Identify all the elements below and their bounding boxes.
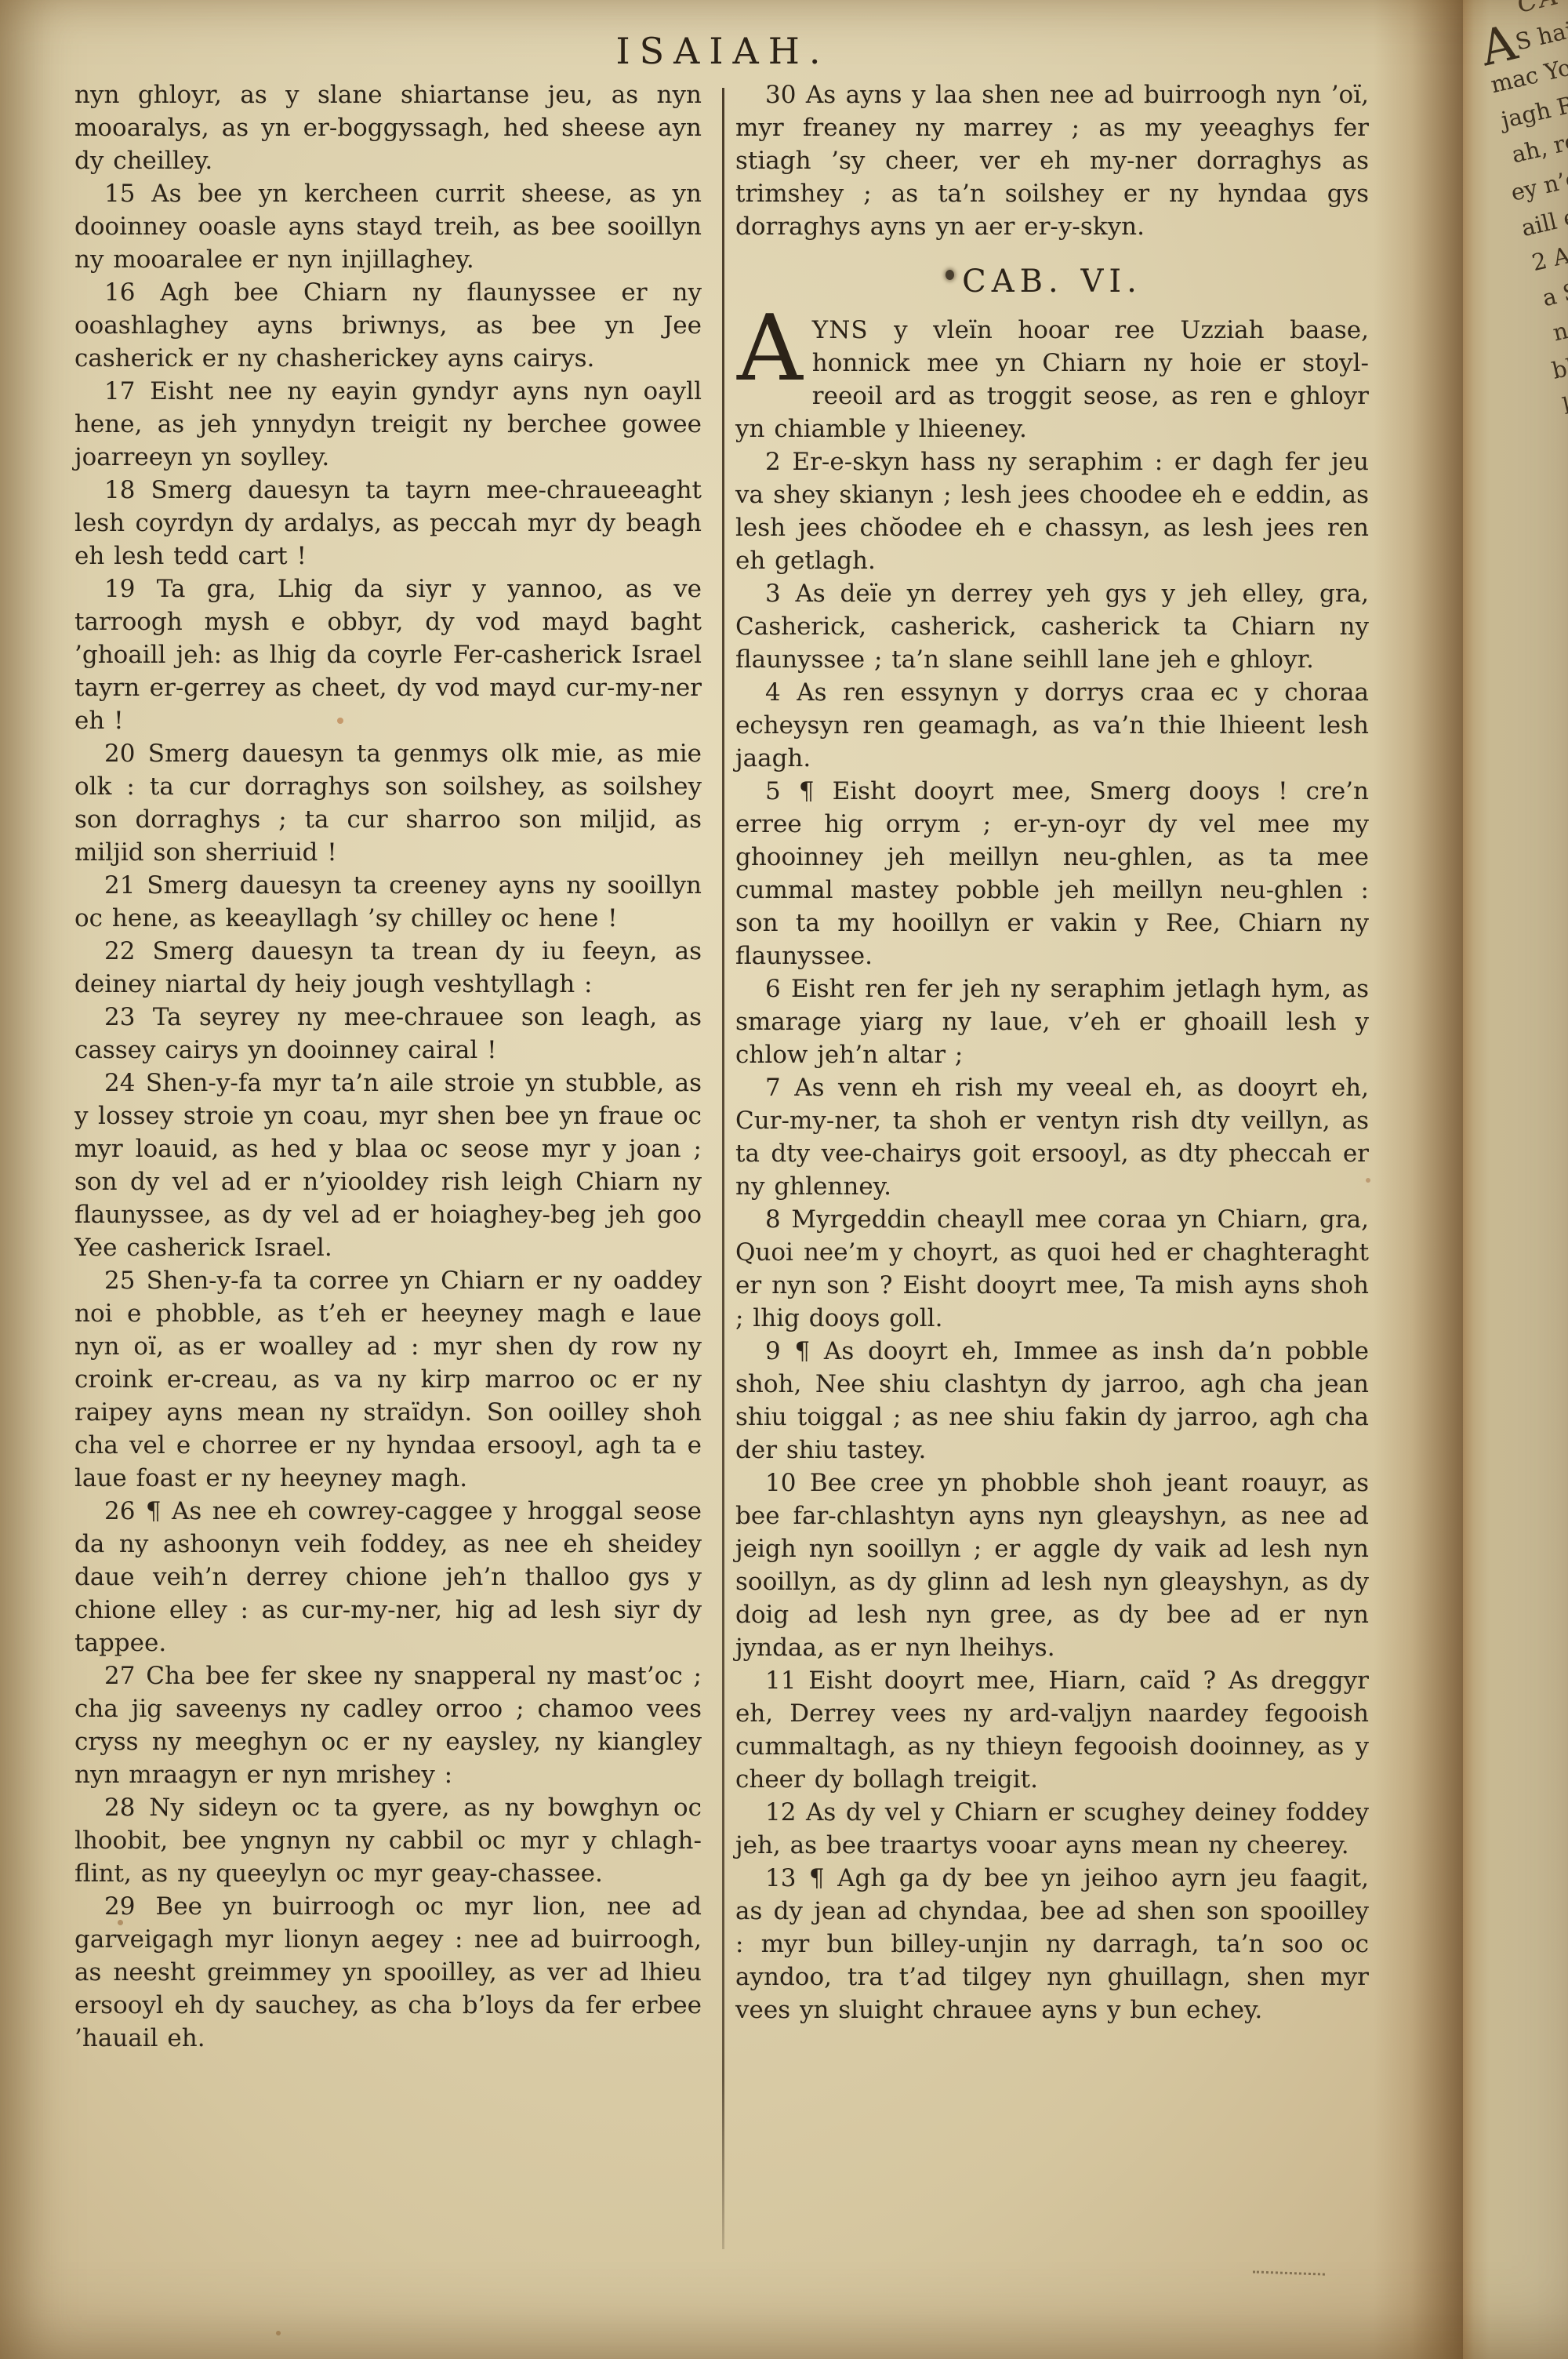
- verse-number: 4: [765, 678, 781, 707]
- verse-6: 6 Eisht ren fer jeh ny seraphim jetlagh …: [735, 972, 1369, 1071]
- verse-number: 3: [765, 580, 781, 608]
- verse-number: 17: [104, 377, 135, 405]
- next-page-text-fragments: CAAS haink eh gymac Yotham, rjagh Rezin …: [1469, 0, 1568, 2311]
- column-divider-rule: [722, 88, 724, 2249]
- verses-after-heading: 2 Er-e-skyn hass ny seraphim : er dagh f…: [735, 445, 1369, 2026]
- verse-22: 22 Smerg dauesyn ta trean dy iu feeyn, a…: [74, 935, 702, 1001]
- verse-number: 8: [765, 1205, 781, 1234]
- verse-27: 27 Cha bee fer skee ny snapperal ny mast…: [74, 1659, 702, 1791]
- verse-3: 3 As deïe yn derrey yeh gys y jeh elley,…: [735, 577, 1369, 676]
- verse-number: 22: [104, 937, 135, 965]
- verse-number: 26: [104, 1497, 135, 1525]
- verse-29: 29 Bee yn buirroogh oc myr lion, nee ad …: [74, 1890, 702, 2055]
- page-gutter-shadow: [1374, 0, 1468, 2359]
- verse-13: 13 ¶ Agh ga dy bee yn jeihoo ayrn jeu fa…: [735, 1862, 1369, 2026]
- verse-15: 15 As bee yn kercheen currit sheese, as …: [74, 177, 702, 276]
- verse-number: 23: [104, 1003, 135, 1031]
- verse-number: 7: [765, 1074, 781, 1102]
- verse-25: 25 Shen-y-fa ta corree yn Chiarn er ny o…: [74, 1264, 702, 1495]
- verse-number: 5: [765, 777, 781, 805]
- verse-number: 15: [104, 180, 135, 208]
- verse-number: 28: [104, 1794, 135, 1822]
- verse-number: 12: [765, 1798, 796, 1826]
- verse-number: 25: [104, 1267, 135, 1295]
- chapter-heading: CAB. VI.: [735, 264, 1369, 299]
- verse-number: 29: [104, 1892, 135, 1921]
- verse-1-dropcap: AYNS y vleïn hooar ree Uzziah baase, hon…: [735, 314, 1369, 445]
- verse-number: 27: [104, 1662, 135, 1690]
- text-column-left: nyn ghloyr, as y slane shiartanse jeu, a…: [74, 78, 702, 2055]
- text-column-right: 30 As ayns y laa shen nee ad buirroogh n…: [735, 78, 1369, 2026]
- ink-speck: [276, 2331, 281, 2335]
- verse-11: 11 Eisht dooyrt mee, Hiarn, caïd ? As dr…: [735, 1664, 1369, 1796]
- verses-before-heading: 30 As ayns y laa shen nee ad buirroogh n…: [735, 78, 1369, 243]
- verse-5: 5 ¶ Eisht dooyrt mee, Smerg dooys ! cre’…: [735, 775, 1369, 972]
- verse-30: 30 As ayns y laa shen nee ad buirroogh n…: [735, 78, 1369, 243]
- verse-number: 9: [765, 1337, 781, 1365]
- verse-24: 24 Shen-y-fa myr ta’n aile stroie yn stu…: [74, 1067, 702, 1264]
- verse-continuation: nyn ghloyr, as y slane shiartanse jeu, a…: [74, 78, 702, 177]
- running-head: ISAIAH.: [615, 30, 829, 72]
- verse-2: 2 Er-e-skyn hass ny seraphim : er dagh f…: [735, 445, 1369, 577]
- verse-number: 19: [104, 575, 135, 603]
- verse-17: 17 Eisht nee ny eayin gyndyr ayns nyn oa…: [74, 375, 702, 474]
- verse-4: 4 As ren essynyn y dorrys craa ec y chor…: [735, 676, 1369, 775]
- verse-19: 19 Ta gra, Lhig da siyr y yannoo, as ve …: [74, 572, 702, 737]
- verse-28: 28 Ny sideyn oc ta gyere, as ny bowghyn …: [74, 1791, 702, 1890]
- stray-ink-mark: [1253, 2267, 1325, 2275]
- verse-12: 12 As dy vel y Chiarn er scughey deiney …: [735, 1796, 1369, 1862]
- verse-number: 20: [104, 740, 135, 768]
- verse-26: 26 ¶ As nee eh cowrey-caggee y hroggal s…: [74, 1495, 702, 1659]
- opening-caps: YNS: [812, 316, 869, 344]
- verse-7: 7 As venn eh rish my veeal eh, as dooyrt…: [735, 1071, 1369, 1203]
- verse-number: 30: [765, 81, 796, 109]
- verse-number: 18: [104, 476, 135, 504]
- verse-number: 2: [765, 448, 781, 476]
- verse-18: 18 Smerg dauesyn ta tayrn mee-chraueeagh…: [74, 474, 702, 572]
- verse-16: 16 Agh bee Chiarn ny flaunyssee er ny oo…: [74, 276, 702, 375]
- verse-number: 21: [104, 871, 135, 900]
- verse-8: 8 Myrgeddin cheayll mee coraa yn Chiarn,…: [735, 1203, 1369, 1335]
- book-page-scan: ISAIAH. nyn ghloyr, as y slane shiartans…: [0, 0, 1568, 2359]
- next-page-edge: CAAS haink eh gymac Yotham, rjagh Rezin …: [1463, 0, 1568, 2359]
- verse-number: 6: [765, 975, 781, 1003]
- verse-21: 21 Smerg dauesyn ta creeney ayns ny sooi…: [74, 869, 702, 935]
- verse-number: 16: [104, 278, 135, 307]
- verse-number: 13: [765, 1864, 796, 1892]
- drop-cap-letter: A: [735, 314, 812, 381]
- verse-number: 24: [104, 1069, 135, 1097]
- verse-20: 20 Smerg dauesyn ta genmys olk mie, as m…: [74, 737, 702, 869]
- verse-23: 23 Ta seyrey ny mee-chrauee son leagh, a…: [74, 1001, 702, 1067]
- verse-number: 10: [765, 1469, 796, 1497]
- verse-number: 11: [765, 1667, 796, 1695]
- verse-10: 10 Bee cree yn phobble shoh jeant roauyr…: [735, 1467, 1369, 1664]
- verse-9: 9 ¶ As dooyrt eh, Immee as insh da’n pob…: [735, 1335, 1369, 1467]
